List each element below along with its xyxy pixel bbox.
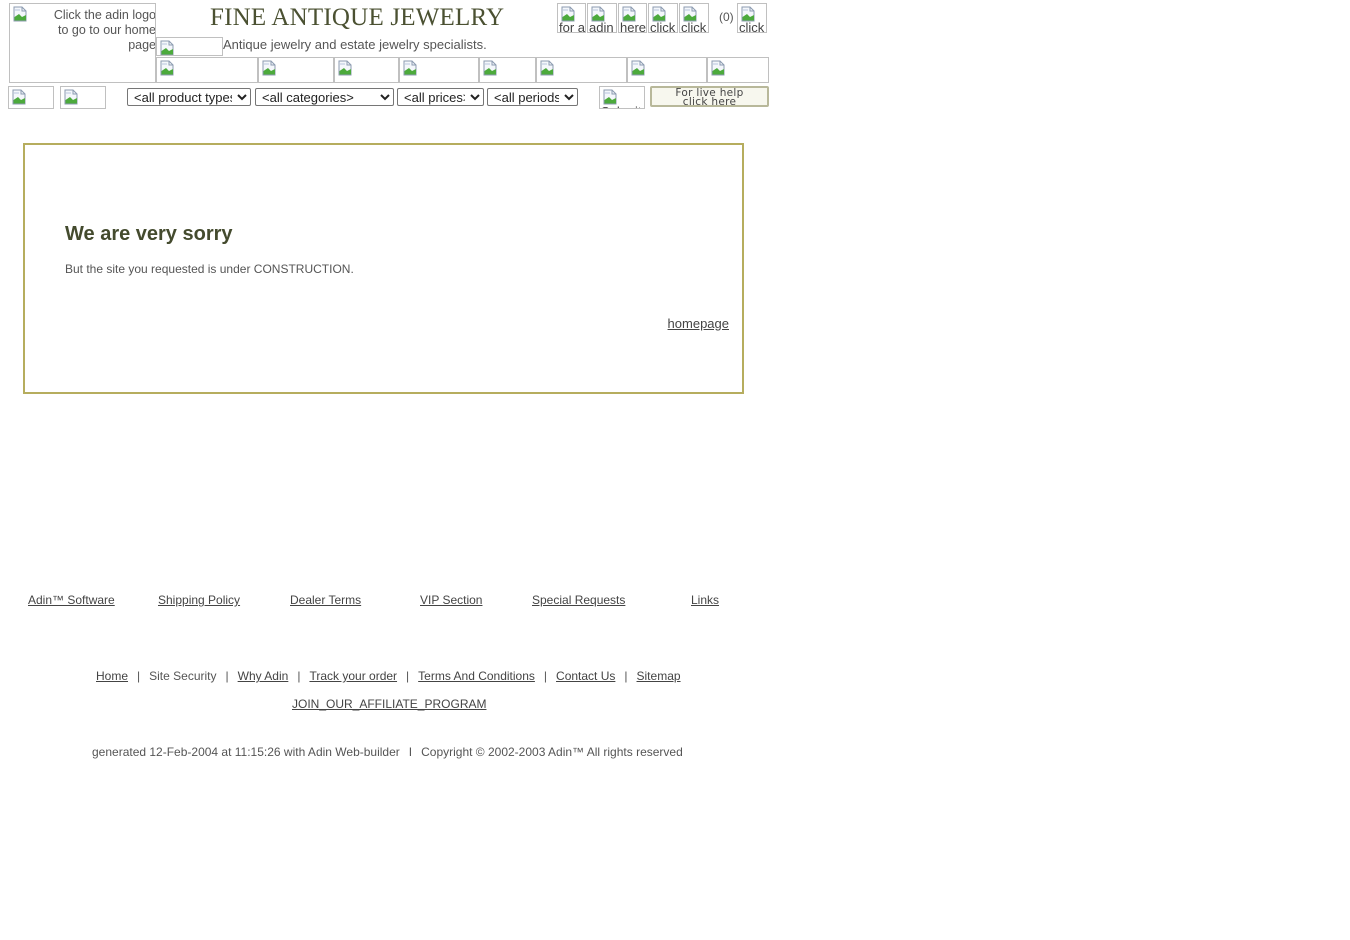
broken-image-icon [603, 89, 617, 105]
cart-count: (0) [719, 10, 734, 24]
nav-image-8[interactable] [707, 57, 769, 83]
broken-image-icon [262, 60, 276, 76]
footer-link-vip-section[interactable]: VIP Section [420, 593, 482, 607]
tagline: Antique jewelry and estate jewelry speci… [223, 37, 487, 52]
top-icon-3[interactable]: here [618, 3, 647, 33]
generated-text: generated 12-Feb-2004 at 11:15:26 with A… [92, 745, 400, 759]
bottom-link-home[interactable]: Home [96, 669, 128, 683]
footer-link-special-requests[interactable]: Special Requests [532, 593, 625, 607]
broken-image-icon [403, 60, 417, 76]
broken-image-icon [540, 60, 554, 76]
period-select[interactable]: <all periods> [487, 88, 578, 106]
search-row-image-2[interactable] [60, 86, 106, 109]
broken-image-icon [711, 60, 725, 76]
bottom-link-why-adin[interactable]: Why Adin [238, 669, 289, 683]
top-icon-5[interactable]: click [679, 3, 709, 33]
live-help-button[interactable]: For live help click here [650, 86, 769, 107]
bottom-nav: Home|Site Security|Why Adin|Track your o… [96, 669, 681, 683]
submit-button[interactable]: Submit [599, 86, 645, 109]
product-type-select[interactable]: <all product types> [127, 88, 251, 106]
price-select[interactable]: <all prices> [397, 88, 484, 106]
tagline-image [156, 37, 223, 56]
bottom-link-track-order[interactable]: Track your order [309, 669, 397, 683]
cart-icon[interactable]: click [737, 3, 767, 33]
bottom-link-sitemap[interactable]: Sitemap [637, 669, 681, 683]
top-icon-1[interactable]: for a [557, 3, 586, 33]
logo-image[interactable]: Click the adin logo to go to our home pa… [9, 3, 156, 83]
broken-image-icon [12, 89, 26, 105]
category-select[interactable]: <all categories> [255, 88, 394, 106]
nav-image-1[interactable] [156, 57, 258, 83]
copyright-text: Copyright © 2002-2003 Adin™ All rights r… [421, 745, 683, 759]
affiliate-program-link[interactable]: JOIN_OUR_AFFILIATE_PROGRAM [292, 697, 486, 711]
site-title: FINE ANTIQUE JEWELRY [210, 4, 504, 32]
message-box: We are very sorry But the site you reque… [23, 143, 744, 394]
broken-image-icon [160, 60, 174, 76]
footer-link-dealer-terms[interactable]: Dealer Terms [290, 593, 361, 607]
logo-alt-text: Click the adin logo to go to our home pa… [40, 8, 156, 53]
footer-link-adin-software[interactable]: Adin™ Software [28, 593, 115, 607]
nav-image-6[interactable] [536, 57, 627, 83]
footer-link-shipping-policy[interactable]: Shipping Policy [158, 593, 240, 607]
footer-link-links[interactable]: Links [691, 593, 719, 607]
nav-image-2[interactable] [258, 57, 334, 83]
bottom-link-terms[interactable]: Terms And Conditions [418, 669, 535, 683]
broken-image-icon [483, 60, 497, 76]
broken-image-icon [338, 60, 352, 76]
nav-image-7[interactable] [627, 57, 707, 83]
broken-image-icon [64, 89, 78, 105]
broken-image-icon [160, 40, 174, 56]
broken-image-icon [631, 60, 645, 76]
error-message: But the site you requested is under CONS… [65, 262, 354, 276]
top-icon-4[interactable]: click [648, 3, 678, 33]
homepage-link[interactable]: homepage [668, 316, 729, 331]
error-heading: We are very sorry [65, 223, 233, 246]
bottom-link-contact[interactable]: Contact Us [556, 669, 615, 683]
generated-info: generated 12-Feb-2004 at 11:15:26 with A… [92, 745, 683, 759]
nav-image-5[interactable] [479, 57, 536, 83]
broken-image-icon [13, 6, 27, 22]
top-icon-2[interactable]: adin [587, 3, 617, 33]
nav-image-4[interactable] [399, 57, 479, 83]
bottom-text-site-security: Site Security [149, 669, 216, 683]
nav-image-3[interactable] [334, 57, 399, 83]
search-row-image-1[interactable] [8, 86, 54, 109]
